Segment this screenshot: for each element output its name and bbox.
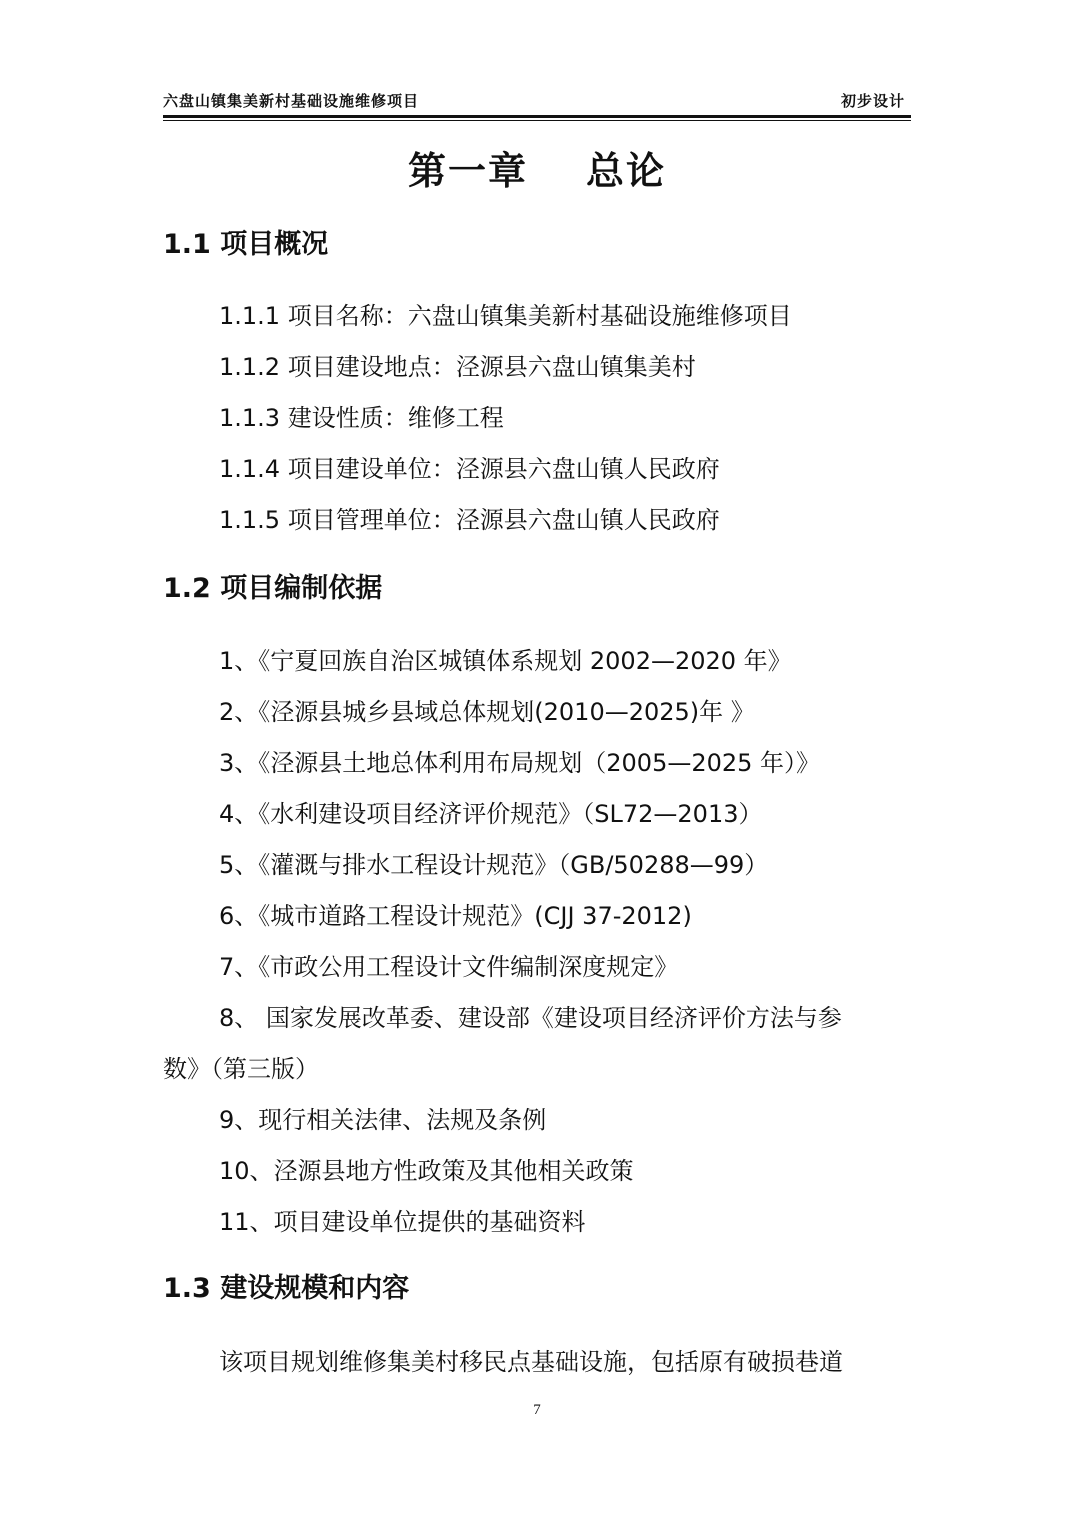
section-heading-1-2: 1.2 项目编制依据 bbox=[163, 566, 382, 605]
body-paragraph: 该项目规划维修集美村移民点基础设施，包括原有破损巷道 bbox=[219, 1342, 843, 1377]
basis-item: 3、《泾源县土地总体利用布局规划（2005—2025 年）》 bbox=[219, 743, 820, 778]
overview-item: 1.1.5 项目管理单位：泾源县六盘山镇人民政府 bbox=[219, 500, 720, 535]
basis-item: 11、项目建设单位提供的基础资料 bbox=[219, 1202, 586, 1237]
document-page: 六盘山镇集美新村基础设施维修项目 初步设计 第一章总论 1.1 项目概况 1.1… bbox=[0, 0, 1074, 1520]
page-number: 7 bbox=[0, 1402, 1074, 1419]
chapter-number: 第一章 bbox=[408, 148, 528, 193]
header-rule-thick bbox=[163, 115, 911, 118]
chapter-title: 第一章总论 bbox=[0, 140, 1074, 195]
basis-item: 7、《市政公用工程设计文件编制深度规定》 bbox=[219, 947, 678, 982]
basis-item: 2、《泾源县城乡县域总体规划(2010—2025)年 》 bbox=[219, 692, 755, 727]
overview-item: 1.1.1 项目名称：六盘山镇集美新村基础设施维修项目 bbox=[219, 296, 792, 331]
overview-item: 1.1.4 项目建设单位：泾源县六盘山镇人民政府 bbox=[219, 449, 720, 484]
header-rule-thin bbox=[163, 120, 911, 121]
basis-item-continuation: 数》（第三版） bbox=[163, 1049, 319, 1084]
section-heading-1-3: 1.3 建设规模和内容 bbox=[163, 1266, 409, 1305]
basis-item: 9、现行相关法律、法规及条例 bbox=[219, 1100, 546, 1135]
basis-item: 4、《水利建设项目经济评价规范》（SL72—2013） bbox=[219, 794, 763, 829]
header-project-name: 六盘山镇集美新村基础设施维修项目 bbox=[163, 90, 419, 111]
basis-item: 10、泾源县地方性政策及其他相关政策 bbox=[219, 1151, 634, 1186]
basis-item: 1、《宁夏回族自治区城镇体系规划 2002—2020 年》 bbox=[219, 641, 792, 676]
basis-item: 5、《灌溉与排水工程设计规范》（GB/50288—99） bbox=[219, 845, 768, 880]
basis-item: 6、《城市道路工程设计规范》(CJJ 37-2012) bbox=[219, 896, 692, 931]
running-header: 六盘山镇集美新村基础设施维修项目 初步设计 bbox=[163, 90, 911, 112]
overview-item: 1.1.3 建设性质：维修工程 bbox=[219, 398, 504, 433]
header-doc-type: 初步设计 bbox=[841, 90, 905, 111]
basis-item: 8、 国家发展改革委、建设部《建设项目经济评价方法与参 bbox=[219, 998, 842, 1033]
overview-item: 1.1.2 项目建设地点：泾源县六盘山镇集美村 bbox=[219, 347, 696, 382]
section-heading-1-1: 1.1 项目概况 bbox=[163, 222, 328, 261]
chapter-name: 总论 bbox=[586, 148, 666, 193]
